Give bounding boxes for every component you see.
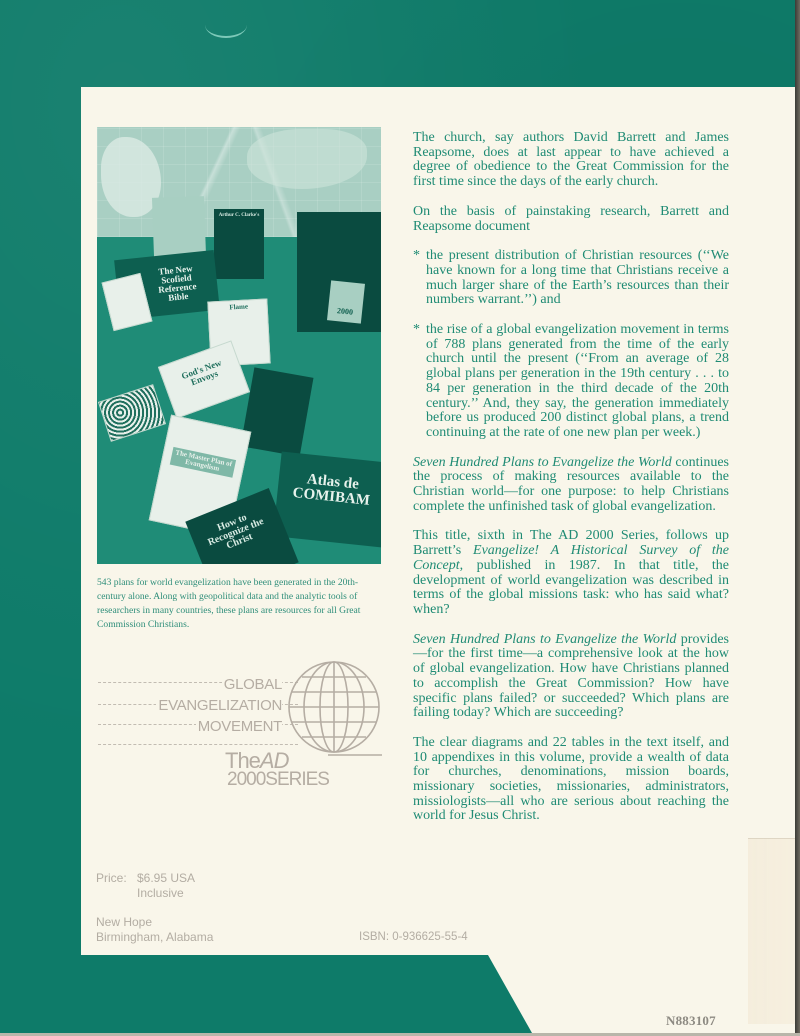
photo-caption: 543 plans for world evangelization have … <box>97 576 381 632</box>
logo-text-movement: MOVEMENT <box>196 719 282 734</box>
book-speckled-cover <box>98 384 166 442</box>
blurb-paragraph-intro: The church, say authors David Barrett an… <box>413 131 729 190</box>
logo-series-line2: 2000SERIES <box>227 770 329 789</box>
bullet-text: the present distribution of Christian re… <box>426 248 729 307</box>
globe-icon <box>286 657 382 759</box>
publisher-name: New Hope <box>96 915 152 930</box>
blurb-paragraph-continues: Seven Hundred Plans to Evangelize the Wo… <box>413 456 729 515</box>
logo-dashed-line <box>98 744 298 745</box>
blurb-paragraph-document: On the basis of painstaking research, Ba… <box>413 205 729 234</box>
removed-sticker-mark <box>748 838 795 1024</box>
book-2000: 2000 <box>327 280 365 323</box>
books-photo: Arthur C. Clarke's The New Scofield Refe… <box>97 127 381 564</box>
book-atlas-de-comiban: Atlas de COMIBAM <box>273 451 381 547</box>
cover-scuff-mark <box>205 12 247 38</box>
ad2000-series-logo: GLOBAL EVANGELIZATION MOVEMENT TheAD 200… <box>90 652 390 797</box>
logo-text-global: GLOBAL <box>222 677 282 692</box>
book-japanese-encyclopedia <box>152 196 206 258</box>
paragraph-text: , published in 1987. In that title, the … <box>413 558 729 617</box>
logo-text-2000: 2000 <box>227 769 265 790</box>
book-arthur-c-clarke: Arthur C. Clarke's <box>214 209 264 279</box>
stock-code: N883107 <box>666 1013 716 1029</box>
bullet-asterisk: * <box>413 323 420 338</box>
book-edge-shadow <box>795 0 800 1036</box>
logo-text-evangelization: EVANGELIZATION <box>156 698 282 713</box>
book-title-italic: Seven Hundred Plans to Evangelize the Wo… <box>413 632 676 647</box>
price-label: Price: <box>96 871 127 886</box>
blurb-paragraph-diagrams: The clear diagrams and 22 tables in the … <box>413 736 729 824</box>
price-note: Inclusive <box>137 886 184 901</box>
blurb-bullet-movement: *the rise of a global evangelization mov… <box>413 323 729 441</box>
bullet-text: the rise of a global evangelization move… <box>426 322 729 440</box>
blurb-paragraph-series: This title, sixth in The AD 2000 Series,… <box>413 529 729 617</box>
isbn: ISBN: 0-936625-55-4 <box>359 930 468 945</box>
logo-text-series: SERIES <box>265 769 329 790</box>
price-value: $6.95 USA <box>137 871 195 886</box>
publisher-place: Birmingham, Alabama <box>96 930 213 945</box>
bullet-asterisk: * <box>413 249 420 264</box>
blurb-paragraph-provides: Seven Hundred Plans to Evangelize the Wo… <box>413 633 729 721</box>
blurb-bullet-resources: *the present distribution of Christian r… <box>413 249 729 308</box>
blurb-column: The church, say authors David Barrett an… <box>413 131 729 839</box>
book-title-italic: Seven Hundred Plans to Evangelize the Wo… <box>413 455 672 470</box>
book-dark-hardcover <box>241 367 314 456</box>
